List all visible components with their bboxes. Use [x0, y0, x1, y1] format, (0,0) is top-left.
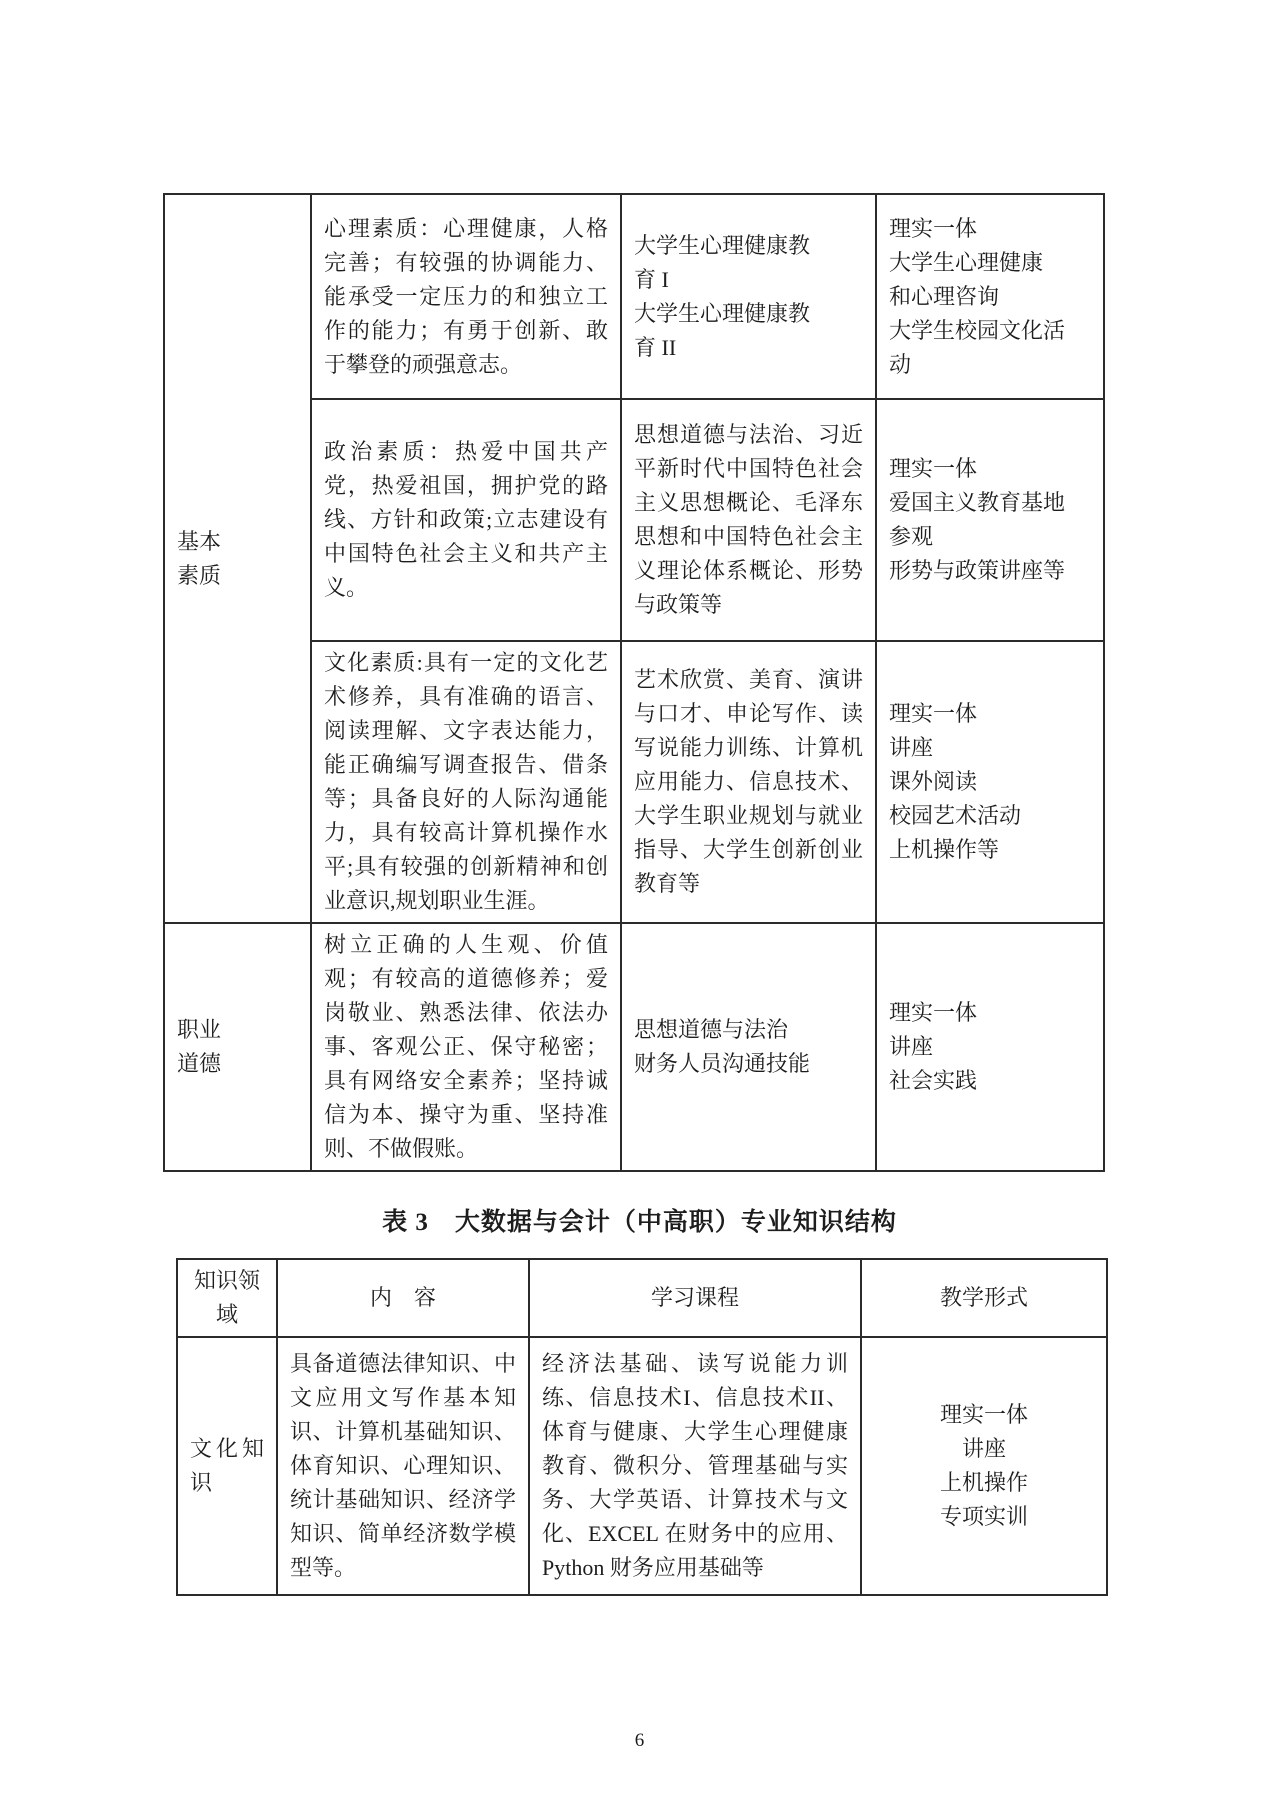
header-knowledge-area: 知识领域: [177, 1259, 277, 1337]
courses-cultural-knowledge: 经济法基础、读写说能力训练、信息技术I、信息技术II、体育与健康、大学生心理健康…: [529, 1337, 861, 1595]
header-courses: 学习课程: [529, 1259, 861, 1337]
description-political-quality: 政治素质：热爱中国共产党，热爱祖国，拥护党的路线、方针和政策;立志建设有中国特色…: [311, 399, 621, 641]
description-professional-ethics: 树立正确的人生观、价值观；有较高的道德修养；爱岗敬业、熟悉法律、依法办事、客观公…: [311, 923, 621, 1171]
teaching-forms-political-quality: 理实一体 爱国主义教育基地 参观 形势与政策讲座等: [876, 399, 1104, 641]
courses-cultural-quality: 艺术欣赏、美育、演讲与口才、申论写作、读写说能力训练、计算机应用能力、信息技术、…: [621, 641, 876, 923]
courses-psychological-quality: 大学生心理健康教 育 I 大学生心理健康教 育 II: [621, 194, 876, 399]
table-row: 职业 道德 树立正确的人生观、价值观；有较高的道德修养；爱岗敬业、熟悉法律、依法…: [164, 923, 1104, 1171]
quality-structure-table: 基本 素质 心理素质：心理健康，人格完善；有较强的协调能力、能承受一定压力的和独…: [163, 193, 1105, 1172]
description-cultural-quality: 文化素质:具有一定的文化艺术修养，具有准确的语言、阅读理解、文字表达能力，能正确…: [311, 641, 621, 923]
table3-caption: 表 3 大数据与会计（中高职）专业知识结构: [0, 1203, 1279, 1243]
header-content: 内 容: [277, 1259, 529, 1337]
knowledge-area-cultural: 文化知识: [177, 1337, 277, 1595]
header-teaching-form: 教学形式: [861, 1259, 1107, 1337]
teaching-forms-cultural-knowledge: 理实一体 讲座 上机操作 专项实训: [861, 1337, 1107, 1595]
courses-professional-ethics: 思想道德与法治 财务人员沟通技能: [621, 923, 876, 1171]
teaching-forms-professional-ethics: 理实一体 讲座 社会实践: [876, 923, 1104, 1171]
teaching-forms-cultural-quality: 理实一体 讲座 课外阅读 校园艺术活动 上机操作等: [876, 641, 1104, 923]
category-basic-quality: 基本 素质: [164, 194, 311, 923]
document-page: 基本 素质 心理素质：心理健康，人格完善；有较强的协调能力、能承受一定压力的和独…: [0, 0, 1279, 1809]
courses-political-quality: 思想道德与法治、习近平新时代中国特色社会主义思想概论、毛泽东思想和中国特色社会主…: [621, 399, 876, 641]
description-psychological-quality: 心理素质：心理健康，人格完善；有较强的协调能力、能承受一定压力的和独立工作的能力…: [311, 194, 621, 399]
content-cultural-knowledge: 具备道德法律知识、中文应用文写作基本知识、计算机基础知识、体育知识、心理知识、统…: [277, 1337, 529, 1595]
table-row: 文化知识 具备道德法律知识、中文应用文写作基本知识、计算机基础知识、体育知识、心…: [177, 1337, 1107, 1595]
category-professional-ethics: 职业 道德: [164, 923, 311, 1171]
table-row: 基本 素质 心理素质：心理健康，人格完善；有较强的协调能力、能承受一定压力的和独…: [164, 194, 1104, 399]
teaching-forms-psychological-quality: 理实一体 大学生心理健康 和心理咨询 大学生校园文化活 动: [876, 194, 1104, 399]
knowledge-structure-table: 知识领域 内 容 学习课程 教学形式 文化知识 具备道德法律知识、中文应用文写作…: [176, 1258, 1108, 1596]
table-header-row: 知识领域 内 容 学习课程 教学形式: [177, 1259, 1107, 1337]
page-number: 6: [0, 1730, 1279, 1752]
